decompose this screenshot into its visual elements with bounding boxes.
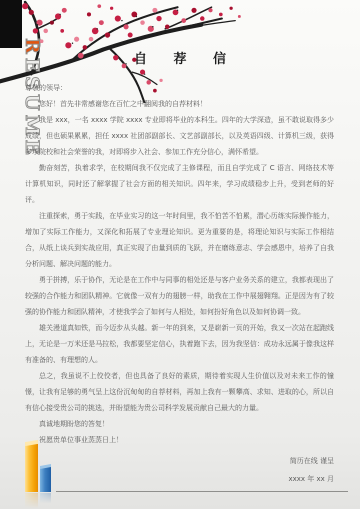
signature: 简历在线 谨呈 <box>25 453 334 469</box>
resume-band <box>0 0 22 48</box>
decor-bar-blue <box>40 467 51 492</box>
letter-paragraph: 勇于拼搏，乐于协作，无论是在工作中与同事的相处还是与客户业务关系的建立，我都表现… <box>25 272 334 320</box>
decor-bar-blue-reflection <box>40 493 51 505</box>
salutation: 尊敬的领导： <box>25 80 334 96</box>
footer-rule-line <box>56 491 348 492</box>
date: xxxx 年 xx 月 <box>25 471 334 487</box>
letter-paragraph: 祝愿贵单位事业蒸蒸日上！ <box>25 432 334 448</box>
letter-paragraph: 我是 xxx，一名 xxxx 学院 xxxx 专业即将毕业的本科生。四年的大学深… <box>25 112 334 160</box>
letter-paragraph: 您好！首先非常感谢您在百忙之中翻阅我的自荐材料！ <box>25 96 334 112</box>
letter-paragraph: 注重探索，勇于实践，在毕业实习的这一年时间里，我不怕苦不怕累，潜心历练实际操作能… <box>25 208 334 272</box>
letter-paragraph: 总之，我虽说不上佼佼者，但也具备了良好的素质，期待着实现人生价值以及对未来工作的… <box>25 368 334 416</box>
letter-paragraph: 真诚地期盼您的答复！ <box>25 416 334 432</box>
letter-paragraph: 勤奋刻苦，执着求学，在校期间我不仅完成了主修课程，而且自学完成了 C 语言、网络… <box>25 160 334 208</box>
decor-bar-yellow <box>25 444 38 492</box>
letter-page: RESUME 自 荐 信 尊敬的领导： 您好！首先非常感谢您在百忙之中翻阅我的自… <box>0 0 360 509</box>
letter-body: 尊敬的领导： 您好！首先非常感谢您在百忙之中翻阅我的自荐材料！ 我是 xxx，一… <box>25 80 334 487</box>
page-title: 自 荐 信 <box>0 48 360 67</box>
decor-bar-yellow-reflection <box>25 493 38 509</box>
letter-paragraph: 雄关漫道真如铁，而今迈步从头越。新一年的到来，又是崭新一页的开始，我又一次站在起… <box>25 320 334 368</box>
